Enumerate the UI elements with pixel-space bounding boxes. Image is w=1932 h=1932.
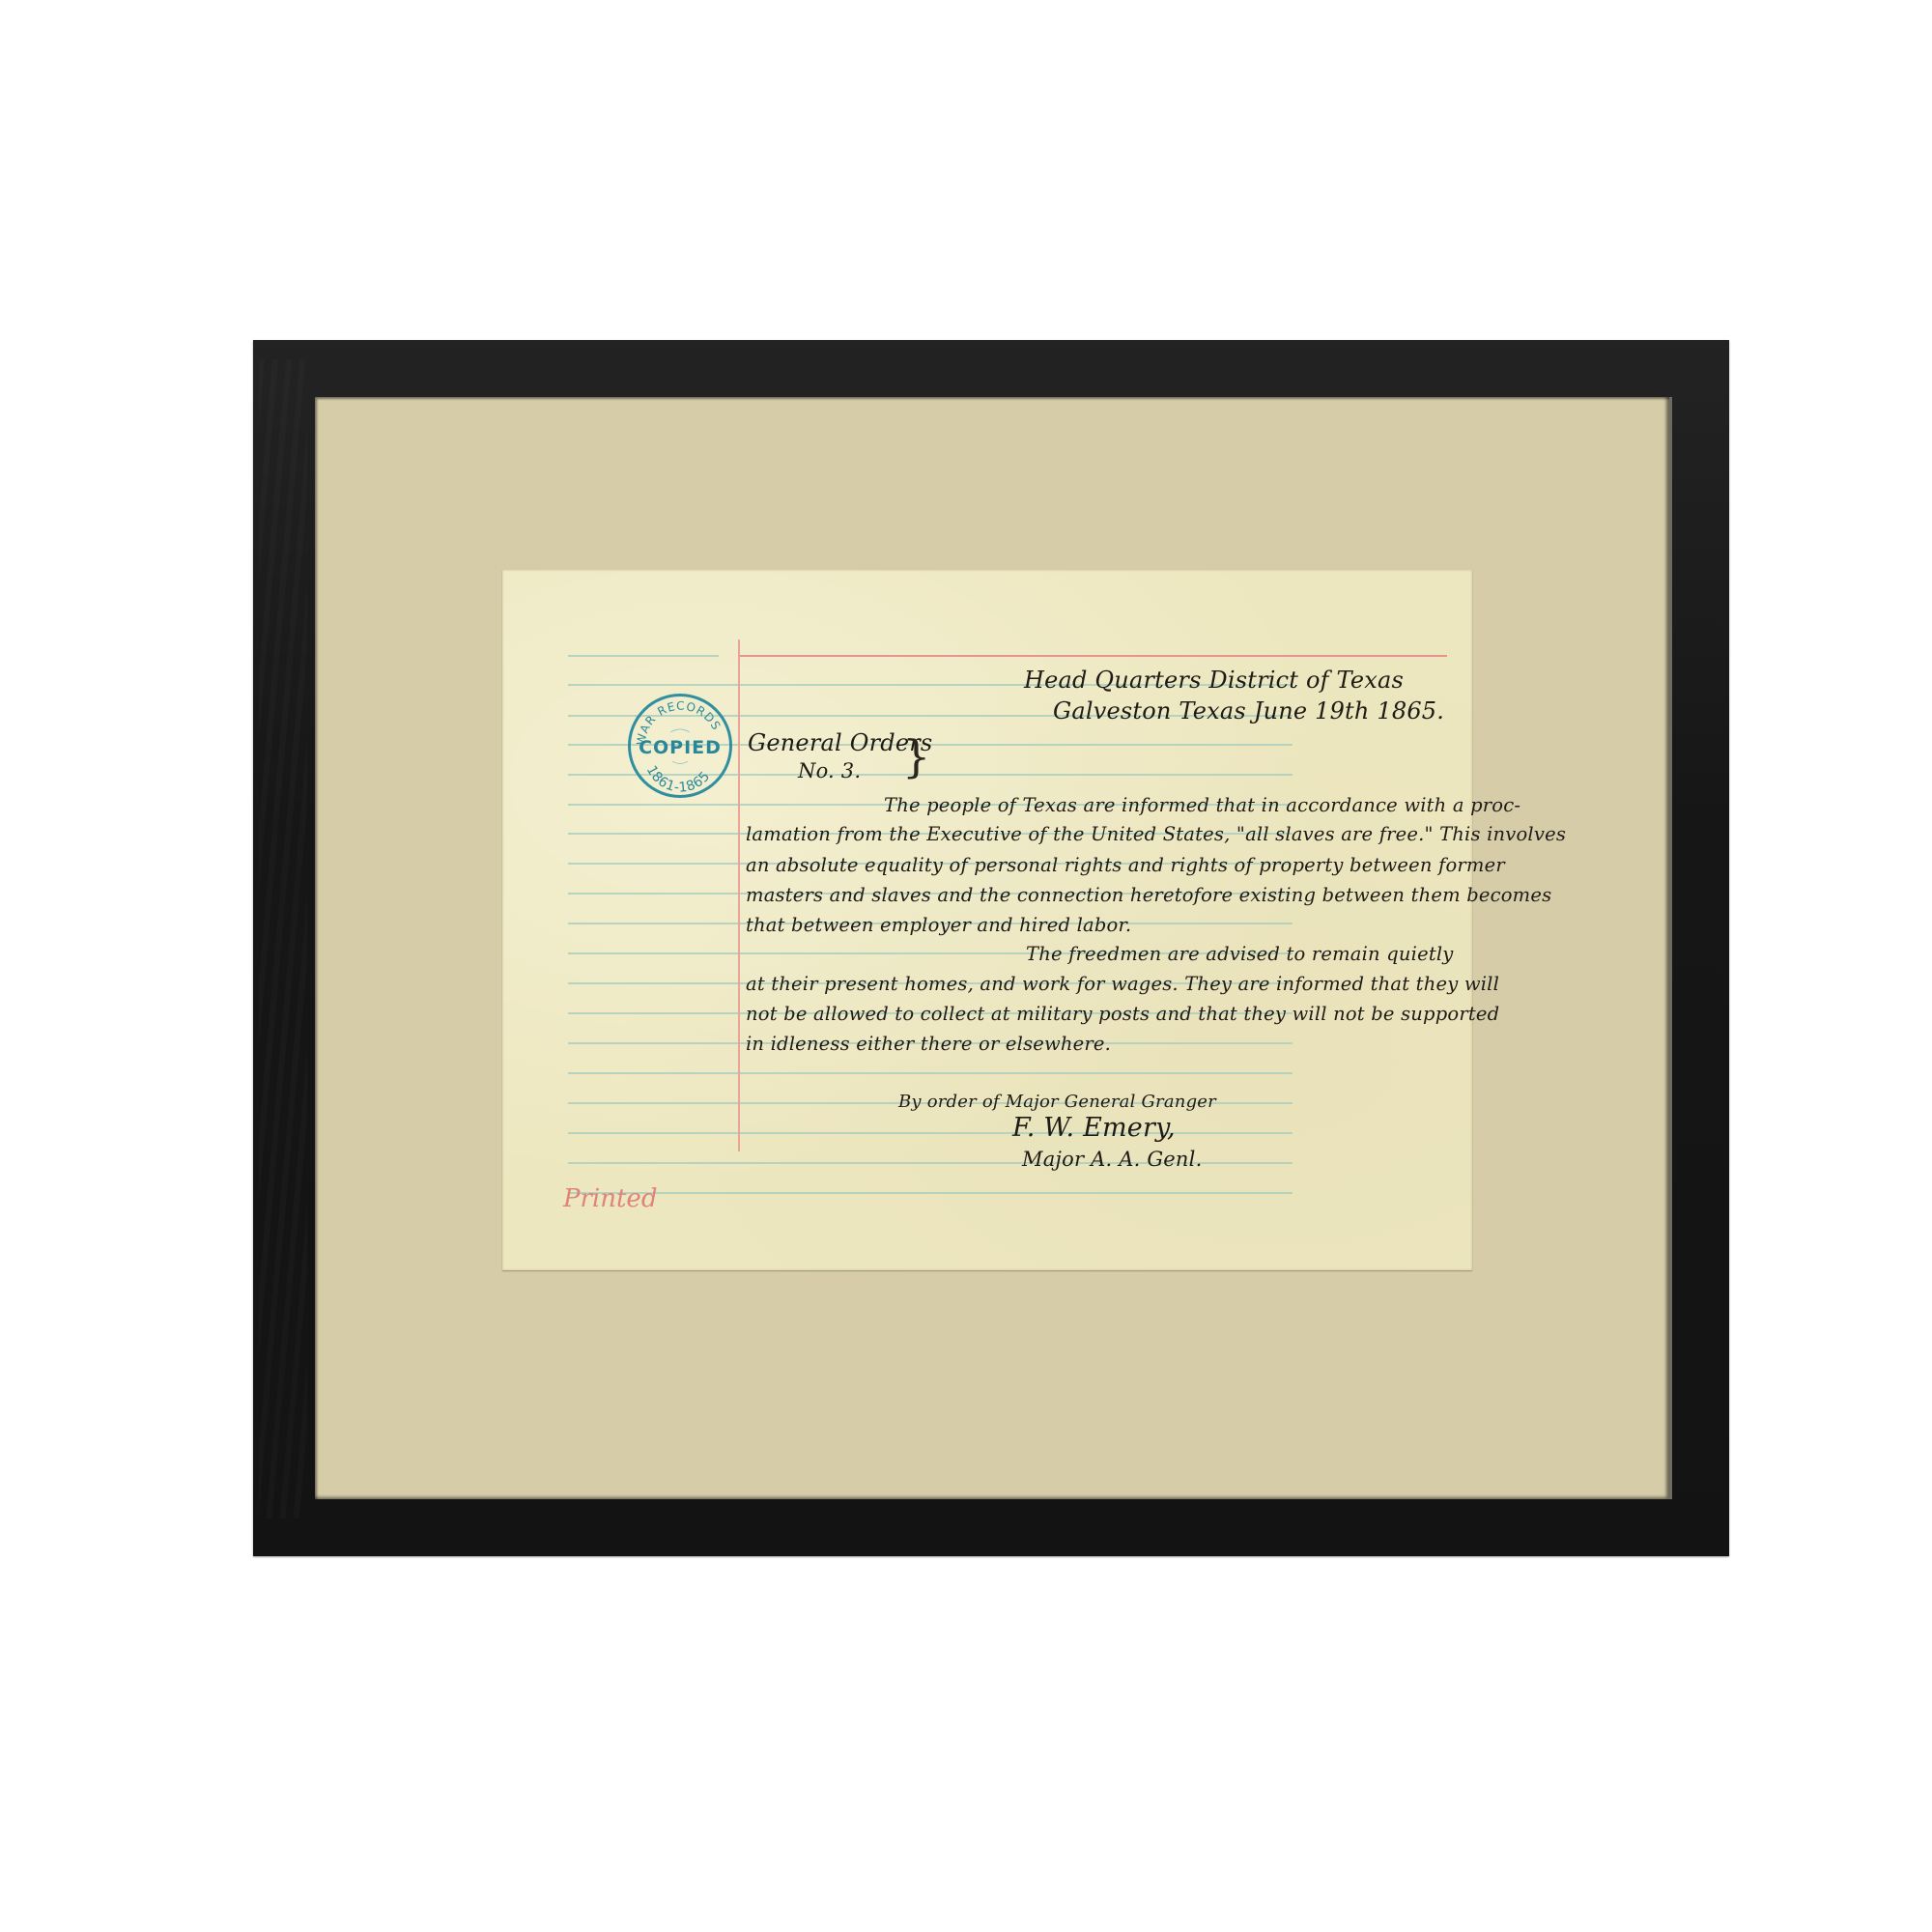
- heading-line-2: Galveston Texas June 19th 1865.: [1053, 697, 1444, 724]
- order-number: No. 3.: [798, 759, 861, 782]
- body-line: masters and slaves and the connection he…: [746, 884, 1551, 906]
- by-order-line: By order of Major General Granger: [898, 1092, 1216, 1112]
- ruled-line: [568, 655, 719, 657]
- svg-text:1861-1865: 1861-1865: [643, 763, 714, 796]
- brace: }: [902, 730, 930, 782]
- war-records-stamp: WAR RECORDS 1861-1865 COPIED: [628, 694, 732, 798]
- document-paper: Head Quarters District of Texas Galvesto…: [502, 570, 1472, 1270]
- body-line: an absolute equality of personal rights …: [746, 854, 1505, 876]
- body-line: at their present homes, and work for wag…: [746, 973, 1499, 995]
- body-line: that between employer and hired labor.: [746, 914, 1131, 936]
- stamp-copied-text: COPIED: [631, 737, 729, 758]
- signature-title: Major A. A. Genl.: [1022, 1148, 1202, 1171]
- body-line: not be allowed to collect at military po…: [746, 1003, 1499, 1025]
- signature-name: F. W. Emery,: [1012, 1113, 1176, 1143]
- ruled-line: [568, 1192, 1293, 1194]
- header-red-line: [739, 655, 1447, 657]
- printed-annotation: Printed: [563, 1184, 657, 1213]
- ruled-line: [568, 1072, 1293, 1074]
- ruled-line: [568, 1132, 1293, 1134]
- body-line: in idleness either there or elsewhere.: [746, 1033, 1111, 1055]
- heading-line-1: Head Quarters District of Texas: [1024, 667, 1404, 694]
- body-line: The freedmen are advised to remain quiet…: [1026, 943, 1454, 965]
- body-line: lamation from the Executive of the Unite…: [746, 823, 1566, 845]
- margin-red-line: [738, 639, 740, 1151]
- body-line: The people of Texas are informed that in…: [884, 794, 1520, 816]
